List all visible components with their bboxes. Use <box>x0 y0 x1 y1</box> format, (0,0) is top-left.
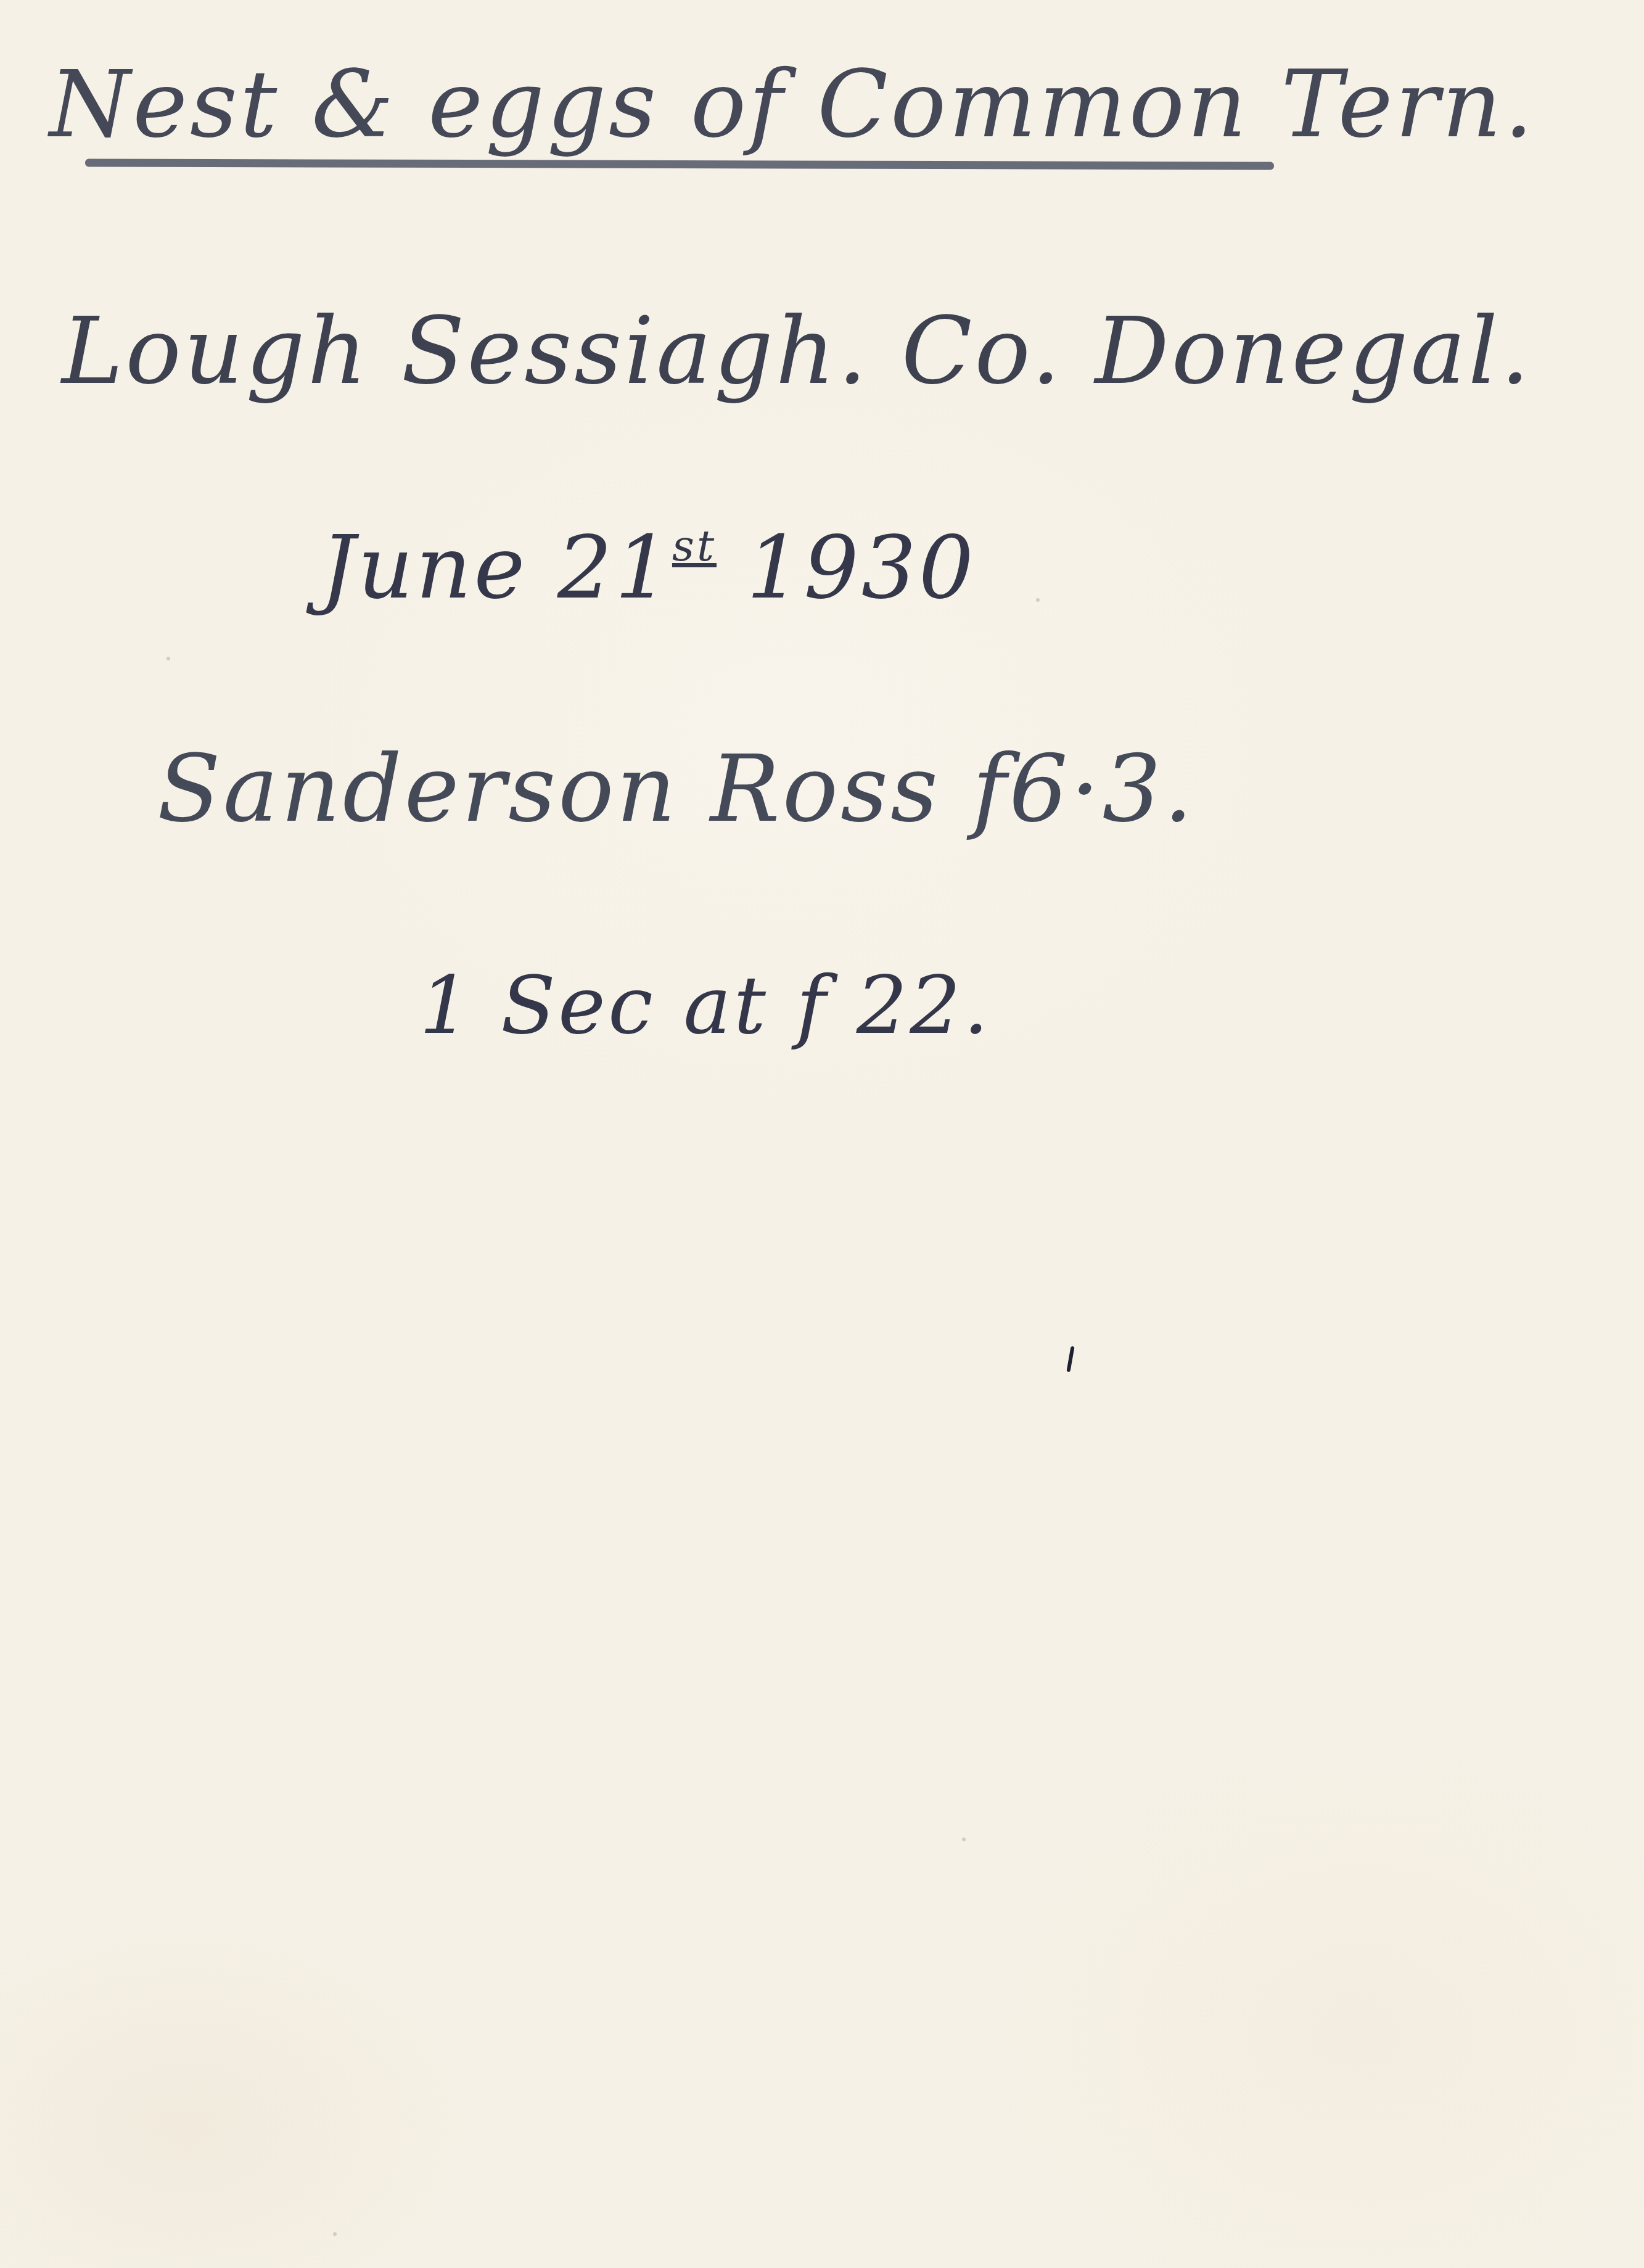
date-year: 1930 <box>747 518 976 618</box>
paper-speck <box>962 1838 966 1841</box>
lens-line: Sanderson Ross f6·3. <box>157 734 1196 845</box>
paper-speck <box>166 657 170 660</box>
title-underline <box>85 158 1274 170</box>
stray-ink-mark <box>1066 1346 1074 1372</box>
date-line: June 21st 1930 <box>321 493 976 621</box>
record-card: Nest & eggs of Common Tern. Lough Sessia… <box>0 0 1644 2268</box>
card-title: Nest & eggs of Common Tern. <box>49 49 1535 160</box>
location-line: Lough Sessiagh. Co. Donegal. <box>62 296 1532 407</box>
paper-speck <box>333 2232 337 2236</box>
paper-speck <box>1036 598 1040 602</box>
date-month-day: June 21 <box>321 518 672 618</box>
date-ordinal: st <box>672 520 717 571</box>
exposure-line: 1 Sec at f 22. <box>419 956 991 1054</box>
